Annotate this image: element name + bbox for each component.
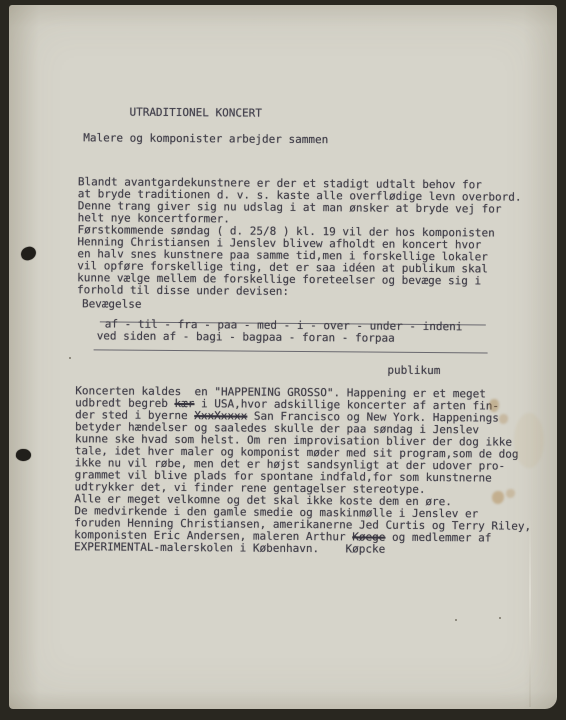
paper-speck [455,619,457,621]
paper-stain [514,413,544,468]
preposition-box-bottom-rule [94,349,488,353]
scanned-document-page: UTRADITIONEL KONCERT Malere og komponist… [0,0,566,720]
audience-word: publikum [387,365,440,377]
preposition-box-row2: ved siden af - bagi - bagpaa - foran - f… [97,330,395,344]
typed-content: UTRADITIONEL KONCERT Malere og komponist… [4,5,558,713]
document-subtitle: Malere og komponister arbejder sammen [83,132,328,146]
intro-paragraph: Blandt avantgardekunstnere er der et sta… [77,176,522,299]
paper-crease [529,517,531,707]
paper-sheet: UTRADITIONEL KONCERT Malere og komponist… [9,5,557,709]
motto-heading: Bevægelse [82,298,142,310]
paper-speck [69,357,71,359]
document-title: UTRADITIONEL KONCERT [129,107,262,120]
paper-speck [499,617,501,619]
body-paragraph: Koncerten kaldes en "HAPPENING GROSSO". … [74,385,532,557]
